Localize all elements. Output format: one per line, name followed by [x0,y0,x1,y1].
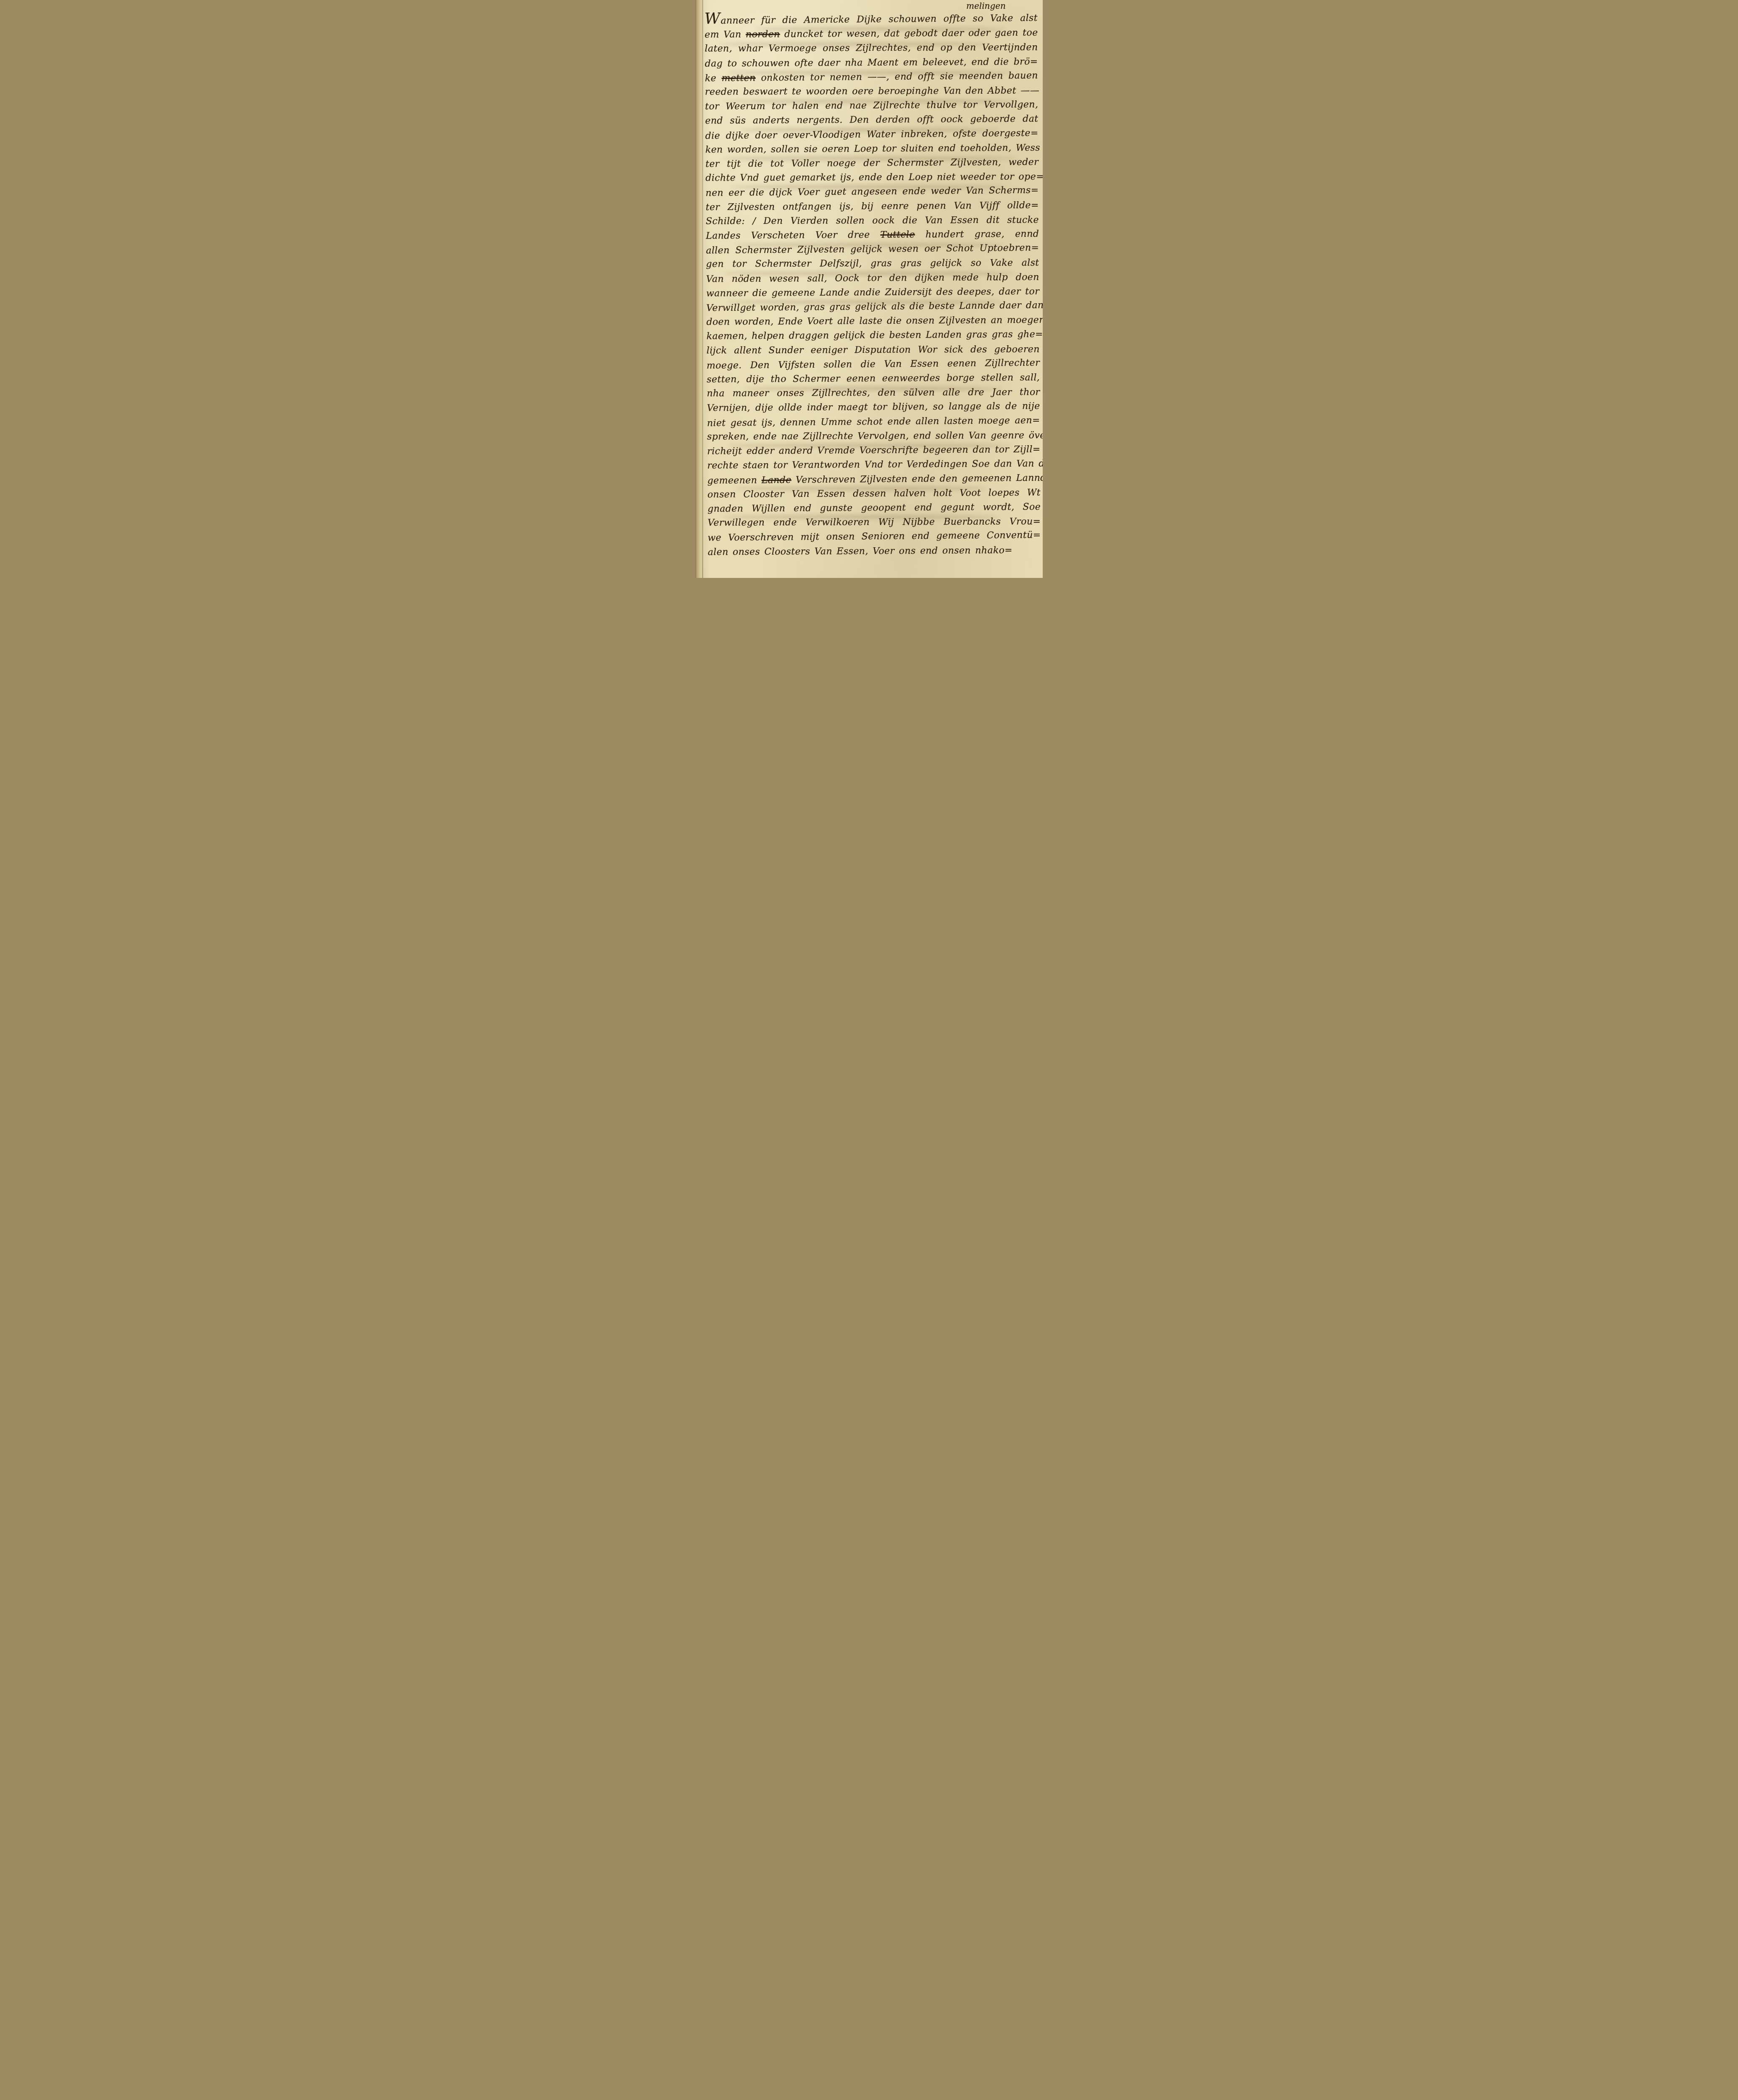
text-segment: we Voerschreven mijt onsen Senioren end … [707,530,1041,543]
book-page-edge [695,0,702,578]
manuscript-line: onsen Clooster Van Essen dessen halven h… [707,486,1041,502]
manuscript-line: gen tor Schermster Delfszijl, gras gras … [706,256,1039,272]
text-segment: wanneer die gemeene Lande andie Zuidersi… [706,286,1039,299]
manuscript-line: lijck allent Sunder eeniger Disputation … [707,342,1040,358]
manuscript-line: dag to schouwen ofte daer nha Maent em b… [705,55,1038,71]
text-segment: anneer für die Americke Dijke schouwen o… [720,13,1038,26]
manuscript-line: ke metten onkosten tor nemen ——, end off… [705,68,1038,86]
manuscript-line: setten, dije tho Schermer eenen eenweerd… [707,371,1040,387]
manuscript-line: ken worden, sollen sie oeren Loep tor sl… [705,141,1039,157]
text-segment: allen Schermster Zijlvesten gelijck wese… [706,243,1039,256]
manuscript-page: Wanneer für die Americke Dijke schouwen … [695,0,1043,578]
manuscript-line: em Van norden duncket tor wesen, dat geb… [705,26,1038,42]
text-segment: onsen Clooster Van Essen dessen halven h… [707,487,1041,500]
text-segment: onkosten tor nemen ——, end offt sie meen… [756,70,1038,83]
text-segment: ke [705,73,722,84]
struck-word: Lande [762,475,791,486]
text-segment: nha maneer onses Zijllrechtes, den sülve… [707,387,1040,399]
text-segment: lijck allent Sunder eeniger Disputation … [707,344,1040,356]
text-segment: kaemen, helpen draggen gelijck die beste… [707,329,1043,342]
manuscript-text: Wanneer für die Americke Dijke schouwen … [705,12,1041,577]
text-segment: tor Weerum tor halen end nae Zijlrechte … [705,100,1038,112]
manuscript-line: Vernijen, dije ollde inder maegt tor bli… [707,399,1040,416]
text-segment: Van nöden wesen sall, Oock tor den dijke… [706,272,1039,284]
text-segment: Vernijen, dije ollde inder maegt tor bli… [707,401,1040,414]
manuscript-line: Verwillegen ende Verwilkoeren Wij Nijbbe… [707,515,1041,530]
text-segment: Verschreven Zijlvesten ende den gemeenen… [791,472,1043,485]
manuscript-line: we Voerschreven mijt onsen Senioren end … [707,528,1041,546]
text-segment: duncket tor wesen, dat gebodt daer oder … [780,28,1038,40]
text-segment: Landes Verscheten Voer dree [706,230,881,241]
catchword: melingen [695,1,1043,11]
text-segment: alen onses Cloosters Van Essen, Voer ons… [708,545,1013,557]
text-segment: hundert grase, ennd [915,229,1039,240]
text-segment: ter Zijlvesten ontfangen ijs, bij eenre … [706,200,1039,213]
text-segment: ter tijt die tot Voller noege der Scherm… [705,157,1039,170]
text-segment: end süs anderts nergents. Den derden off… [705,114,1038,126]
text-segment: die dijke doer oever-Vloodigen Water inb… [705,128,1039,141]
manuscript-line: ter tijt die tot Voller noege der Scherm… [705,155,1039,172]
text-segment: rechte staen tor Verantworden Vnd tor Ve… [707,459,1043,471]
text-segment: gemeenen [707,475,762,486]
manuscript-line: Wanneer für die Americke Dijke schouwen … [705,11,1038,29]
struck-word: metten [722,73,756,84]
text-segment: ken worden, sollen sie oeren Loep tor sl… [705,142,1040,155]
struck-word: norden [746,29,780,40]
manuscript-line: nen eer die dijck Voer guet angeseen end… [705,184,1039,201]
manuscript-line: reeden beswaert te woorden oere beroepin… [705,84,1038,99]
manuscript-line: niet gesat ijs, dennen Umme schot ende a… [707,413,1040,430]
manuscript-line: moege. Den Vijfsten sollen die Van Essen… [707,356,1040,373]
manuscript-line: die dijke doer oever-Vloodigen Water inb… [705,126,1039,143]
manuscript-line: richeijt edder anderd Vremde Voerschrift… [707,443,1040,459]
manuscript-line: gemeenen Lande Verschreven Zijlvesten en… [707,471,1041,488]
manuscript-line: doen worden, Ende Voert alle laste die o… [706,313,1039,330]
manuscript-line: dichte Vnd guet gemarket ijs, ende den L… [705,170,1039,186]
manuscript-line: Van nöden wesen sall, Oock tor den dijke… [706,270,1039,286]
manuscript-line: allen Schermster Zijlvesten gelijck wese… [706,241,1039,258]
manuscript-line: ter Zijlvesten ontfangen ijs, bij eenre … [706,198,1039,215]
manuscript-line: Schilde: / Den Vierden sollen oock die V… [706,213,1039,228]
text-segment: setten, dije tho Schermer eenen eenweerd… [707,373,1040,385]
manuscript-line: spreken, ende nae Zijllrechte Vervolgen,… [707,428,1040,444]
manuscript-line: nha maneer onses Zijllrechtes, den sülve… [707,386,1040,401]
manuscript-line: alen onses Cloosters Van Essen, Voer ons… [708,543,1041,559]
struck-word: Tuttele [880,229,915,240]
text-segment: Schilde: / Den Vierden sollen oock die V… [706,215,1039,226]
text-segment: laten, whar Vermoege onses Zijlrechtes, … [705,42,1038,54]
text-segment: em Van [705,29,746,40]
manuscript-line: laten, whar Vermoege onses Zijlrechtes, … [705,41,1038,56]
manuscript-line: kaemen, helpen draggen gelijck die beste… [707,328,1040,344]
text-segment: dichte Vnd guet gemarket ijs, ende den L… [705,172,1043,184]
manuscript-line: end süs anderts nergents. Den derden off… [705,112,1038,129]
text-segment: doen worden, Ende Voert alle laste die o… [706,315,1043,328]
page-crease [702,0,703,578]
text-segment: richeijt edder anderd Vremde Voerschrift… [707,444,1040,457]
text-segment: reeden beswaert te woorden oere beroepin… [705,85,1039,97]
text-segment: Verwillegen ende Verwilkoeren Wij Nijbbe… [707,517,1041,528]
text-segment: moege. Den Vijfsten sollen die Van Essen… [707,357,1040,371]
manuscript-line: tor Weerum tor halen end nae Zijlrechte … [705,98,1038,114]
text-segment: W [705,9,721,27]
manuscript-line: Verwillget worden, gras gras gelijck als… [706,299,1039,316]
text-segment: niet gesat ijs, dennen Umme schot ende a… [707,415,1040,428]
text-segment: gnaden Wijllen end gunste geoopent end g… [707,501,1041,514]
manuscript-line: gnaden Wijllen end gunste geoopent end g… [707,500,1041,516]
text-segment: gen tor Schermster Delfszijl, gras gras … [706,258,1039,270]
text-segment: Verwillget worden, gras gras gelijck als… [706,300,1043,314]
text-segment: dag to schouwen ofte daer nha Maent em b… [705,56,1038,69]
manuscript-line: rechte staen tor Verantworden Vnd tor Ve… [707,457,1040,473]
text-segment: spreken, ende nae Zijllrechte Vervolgen,… [707,430,1043,442]
text-segment: nen eer die dijck Voer guet angeseen end… [705,185,1039,199]
